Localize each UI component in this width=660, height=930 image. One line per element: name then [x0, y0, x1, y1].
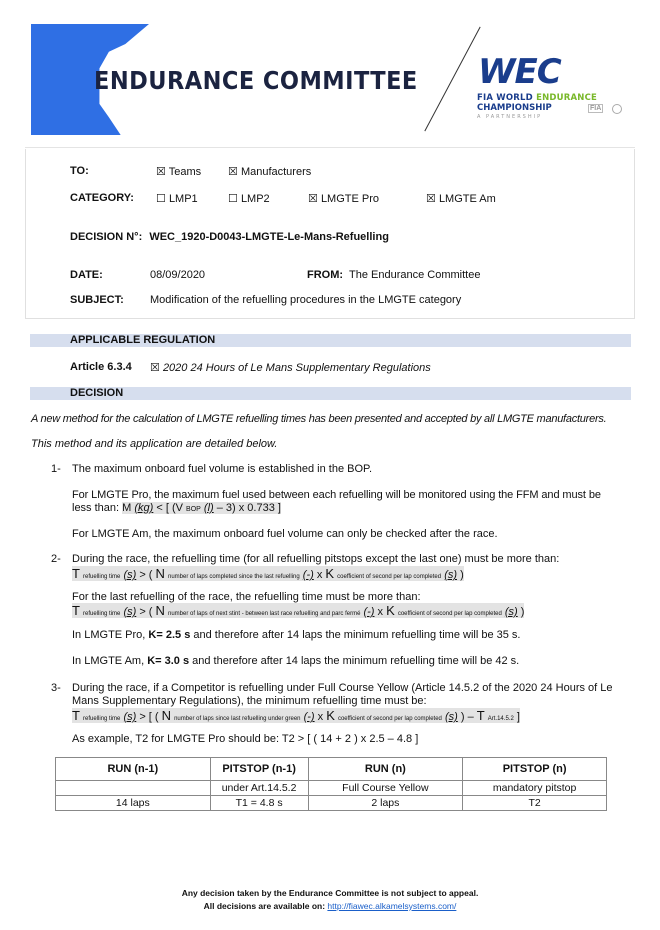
item-2-am-line: In LMGTE Am, K= 3.0 s and therefore afte… — [72, 655, 519, 667]
footer-availability: All decisions are available on: http://f… — [0, 901, 660, 911]
decision-heading: DECISION — [70, 387, 123, 400]
checkbox-checked-icon: ☒ — [426, 193, 436, 205]
table-cell: T1 = 4.8 s — [210, 796, 308, 811]
f3-n-sub: number of laps since last refuelling und… — [174, 716, 300, 722]
f3-s: (s) — [123, 711, 136, 723]
table-header: RUN (n-1) — [56, 758, 211, 781]
f3-end: ] — [514, 711, 520, 723]
refuelling-time-formula-1: T refuelling time (s) > ( N number of la… — [72, 566, 464, 581]
f3-dash: (-) — [304, 711, 315, 723]
f1-k-sub: coefficient of second per lap completed — [337, 574, 441, 580]
checkbox-empty-icon: ☐ — [156, 193, 166, 205]
f2-s2: (s) — [505, 606, 518, 618]
decision-intro-2: This method and its application are deta… — [31, 438, 277, 450]
table-row: under Art.14.5.2 Full Course Yellow mand… — [56, 781, 607, 796]
f3-s2: (s) — [445, 711, 458, 723]
formula-end: – 3) x 0.733 ] — [214, 502, 281, 514]
am-k-value: K= 3.0 s — [147, 655, 189, 667]
f3-close: ) – — [458, 711, 477, 723]
item-2-number: 2- — [51, 553, 61, 565]
item-2-last-text: For the last refuelling of the race, the… — [72, 591, 421, 603]
checkbox-empty-icon: ☐ — [228, 193, 238, 205]
category-label: CATEGORY: — [70, 192, 134, 204]
category-lmgte-am-label: LMGTE Am — [439, 193, 496, 205]
to-label: TO: — [70, 165, 89, 177]
item-1-text: The maximum onboard fuel volume is estab… — [72, 463, 372, 475]
f1-t: T — [72, 566, 80, 581]
pro-text-b: and therefore after 14 laps the minimum … — [190, 629, 520, 641]
f1-t-sub: refuelling time — [83, 574, 120, 580]
table-cell: under Art.14.5.2 — [210, 781, 308, 796]
item-3-example: As example, T2 for LMGTE Pro should be: … — [72, 733, 418, 745]
f2-t: T — [72, 603, 80, 618]
formula-l: (l) — [204, 502, 214, 514]
table-cell: 2 laps — [308, 796, 463, 811]
f3-t2: T — [477, 708, 485, 723]
subject-row: SUBJECT: Modification of the refuelling … — [70, 294, 124, 306]
decision-heading-bar: DECISION — [30, 387, 631, 400]
category-lmgte-pro-label: LMGTE Pro — [321, 193, 379, 205]
category-lmp2-checkbox[interactable]: ☐ LMP2 — [228, 192, 270, 205]
f3-x: x — [315, 711, 327, 723]
checkbox-checked-icon: ☒ — [228, 166, 238, 178]
fcy-refuelling-formula: T refuelling time (s) > [ ( N number of … — [72, 708, 520, 723]
table-header-row: RUN (n-1) PITSTOP (n-1) RUN (n) PITSTOP … — [56, 758, 607, 781]
wec-logo: WEC — [478, 52, 561, 92]
applicable-regulation-heading-bar: APPLICABLE REGULATION — [30, 334, 631, 347]
table-header: RUN (n) — [308, 758, 463, 781]
checkbox-checked-icon: ☒ — [156, 166, 166, 178]
committee-title: ENDURANCE COMMITTEE — [94, 66, 418, 95]
item-3-number: 3- — [51, 682, 61, 694]
table-header: PITSTOP (n) — [463, 758, 607, 781]
regulation-name: 2020 24 Hours of Le Mans Supplementary R… — [163, 362, 431, 374]
category-lmp1-checkbox[interactable]: ☐ LMP1 — [156, 192, 198, 205]
to-teams-checkbox[interactable]: ☒ Teams — [156, 165, 201, 178]
category-lmp2-label: LMP2 — [241, 193, 270, 205]
f1-n-sub: number of laps completed since the last … — [168, 574, 300, 580]
category-row: CATEGORY: ☐ LMP1 ☐ LMP2 ☒ LMGTE Pro ☒ LM… — [70, 192, 134, 204]
f1-x: x — [314, 569, 326, 581]
document-header: ENDURANCE COMMITTEE WEC FIA WORLD ENDURA… — [0, 0, 660, 148]
applicable-regulation-row: Article 6.3.4 ☒ 2020 24 Hours of Le Mans… — [70, 361, 132, 373]
pitstop-table: RUN (n-1) PITSTOP (n-1) RUN (n) PITSTOP … — [55, 757, 607, 811]
item-3-text-b: Mans Supplementary Regulations), the min… — [72, 695, 427, 707]
f2-k: K — [386, 603, 395, 618]
fia-logo-icon: FIA — [588, 104, 603, 113]
f1-gt: > ( — [136, 569, 155, 581]
item-1-pro-text: For LMGTE Pro, the maximum fuel used bet… — [72, 489, 601, 501]
decision-number-row: DECISION N°: WEC_1920-D0043-LMGTE-Le-Man… — [70, 231, 389, 243]
subject-value: Modification of the refuelling procedure… — [150, 294, 461, 306]
f2-n: N — [156, 603, 165, 618]
f2-t-sub: refuelling time — [83, 611, 120, 617]
to-manufacturers-checkbox[interactable]: ☒ Manufacturers — [228, 165, 311, 178]
f3-t2-sub: Art.14.5.2 — [488, 716, 514, 722]
wec-logo-line3: A PARTNERSHIP — [477, 114, 542, 120]
date-row: DATE: 08/09/2020 FROM: The Endurance Com… — [70, 269, 103, 281]
regulation-checkbox[interactable]: ☒ 2020 24 Hours of Le Mans Supplementary… — [150, 361, 431, 374]
to-row: TO: ☒ Teams ☒ Manufacturers — [70, 165, 89, 177]
date-value: 08/09/2020 — [150, 269, 205, 281]
f3-t: T — [72, 708, 80, 723]
f1-n: N — [156, 566, 165, 581]
table-cell: mandatory pitstop — [463, 781, 607, 796]
decision-number-value: WEC_1920-D0043-LMGTE-Le-Mans-Refuelling — [149, 231, 389, 243]
table-row: 14 laps T1 = 4.8 s 2 laps T2 — [56, 796, 607, 811]
pro-text-a: In LMGTE Pro, — [72, 629, 148, 641]
footer-appeal-note: Any decision taken by the Endurance Comm… — [0, 888, 660, 898]
formula-bop: BOP — [186, 506, 201, 513]
decisions-link[interactable]: http://fiawec.alkamelsystems.com/ — [327, 901, 456, 911]
f3-k-sub: coefficient of second per lap completed — [338, 716, 442, 722]
category-lmgte-pro-checkbox[interactable]: ☒ LMGTE Pro — [308, 192, 379, 205]
to-teams-label: Teams — [169, 166, 201, 178]
table-header: PITSTOP (n-1) — [210, 758, 308, 781]
f1-dash: (-) — [303, 569, 314, 581]
f2-gt: > ( — [136, 606, 155, 618]
f2-s: (s) — [123, 606, 136, 618]
checkbox-checked-icon: ☒ — [308, 193, 318, 205]
date-label: DATE: — [70, 269, 103, 281]
category-lmp1-label: LMP1 — [169, 193, 198, 205]
f1-k: K — [325, 566, 334, 581]
table-cell: T2 — [463, 796, 607, 811]
item-1-pro-formula-line: less than: M (kg) < [ (V BOP (l) – 3) x … — [72, 502, 281, 514]
from-label: FROM: — [307, 269, 343, 281]
formula-kg: (kg) — [134, 502, 153, 514]
item-1-number: 1- — [51, 463, 61, 475]
f2-dash: (-) — [363, 606, 374, 618]
pro-k-value: K= 2.5 s — [148, 629, 190, 641]
to-manufacturers-label: Manufacturers — [241, 166, 311, 178]
wec-logo-line1: FIA WORLD ENDURANCE — [477, 93, 597, 103]
decision-number-label: DECISION N°: — [70, 231, 142, 243]
subject-label: SUBJECT: — [70, 294, 124, 306]
f3-t-sub: refuelling time — [83, 716, 120, 722]
f3-gt: > [ ( — [136, 711, 161, 723]
f1-s: (s) — [123, 569, 136, 581]
item-3-text-a: During the race, if a Competitor is refu… — [72, 682, 613, 694]
applicable-regulation-heading: APPLICABLE REGULATION — [70, 334, 215, 347]
decision-intro-1: A new method for the calculation of LMGT… — [31, 413, 606, 425]
divider-slash — [424, 27, 480, 132]
wec-logo-line1-a: FIA WORLD — [477, 93, 536, 103]
f2-n-sub: number of laps of next stint - between l… — [168, 611, 360, 617]
f3-n: N — [162, 708, 171, 723]
item-2-pro-line: In LMGTE Pro, K= 2.5 s and therefore aft… — [72, 629, 520, 641]
aco-logo-icon — [612, 104, 622, 114]
table-cell — [56, 781, 211, 796]
refuelling-time-formula-2: T refuelling time (s) > ( N number of la… — [72, 603, 524, 618]
f2-close: ) — [518, 606, 525, 618]
f2-k-sub: coefficient of second per lap completed — [398, 611, 502, 617]
checkbox-checked-icon: ☒ — [150, 362, 160, 374]
header-rule — [25, 147, 635, 148]
article-number: Article 6.3.4 — [70, 361, 132, 373]
item-1-pro-text-b: less than: — [72, 502, 122, 514]
footer-availability-text: All decisions are available on: — [204, 901, 328, 911]
am-text-b: and therefore after 14 laps the minimum … — [189, 655, 519, 667]
fuel-mass-formula: M (kg) < [ (V BOP (l) – 3) x 0.733 ] — [122, 502, 281, 514]
f3-k: K — [326, 708, 335, 723]
f1-close: ) — [457, 569, 464, 581]
table-cell: Full Course Yellow — [308, 781, 463, 796]
formula-m: M — [122, 502, 131, 514]
table-cell: 14 laps — [56, 796, 211, 811]
f1-s2: (s) — [444, 569, 457, 581]
category-lmgte-am-checkbox[interactable]: ☒ LMGTE Am — [426, 192, 496, 205]
f2-x: x — [374, 606, 386, 618]
from-value: The Endurance Committee — [349, 269, 480, 281]
item-1-am-text: For LMGTE Am, the maximum onboard fuel v… — [72, 528, 498, 540]
wec-logo-line2: CHAMPIONSHIP — [477, 103, 552, 113]
formula-mid: < [ (V — [153, 502, 183, 514]
wec-logo-line1-b: ENDURANCE — [536, 93, 597, 103]
am-text-a: In LMGTE Am, — [72, 655, 147, 667]
item-2-text: During the race, the refuelling time (fo… — [72, 553, 559, 565]
